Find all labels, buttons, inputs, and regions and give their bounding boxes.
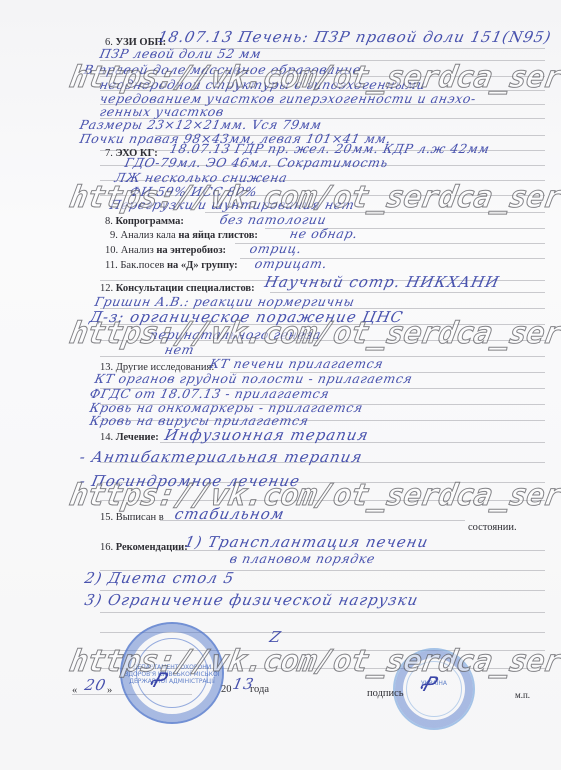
section-16-line: 1) Трансплантация печени	[183, 533, 430, 551]
section-16-line: в плановом порядке	[228, 551, 376, 566]
seal-label: м.п.	[515, 690, 530, 700]
section-12-line: Научный сотр. НИКХАНИ	[263, 273, 501, 291]
section-11-label: 11. Бак.посев на «Д» группу:	[105, 260, 238, 271]
date-year-suffix: года	[250, 684, 269, 695]
section-15-label: 15. Выписан в	[100, 512, 164, 523]
section-16-line: 3) Ограничение физической нагрузки	[83, 591, 420, 609]
section-11-value: отрицат.	[253, 256, 328, 271]
section-12-label: 12. Консультации специалистов:	[100, 283, 255, 294]
date-day-close: »	[107, 685, 112, 696]
section-6-line: Размеры 23×12×21мм. Vся 79мм	[78, 117, 323, 132]
section-13-line: КТ органов грудной полости - прилагается	[93, 371, 414, 386]
date-year-prefix: 20	[221, 684, 232, 695]
section-13-line: КТ печени прилагается	[208, 356, 384, 371]
section-8-label: 8. Копрограмма:	[105, 216, 184, 227]
date-day-open: «	[72, 685, 77, 696]
section-16-line: 2) Диета стол 5	[83, 569, 236, 587]
section-7-line: ГДО-79мл. ЭО 46мл. Сократимость	[123, 155, 389, 170]
section-7-line: 18.07.13 ГДР пр. жел. 20мм. КДР л.ж 42мм	[168, 141, 491, 156]
section-14-line: - Антибактериальная терапия	[78, 448, 364, 466]
watermark: https://vk.com/ot_serdca_serdcu	[67, 644, 561, 679]
section-16-label: 16. Рекомендации:	[100, 542, 188, 553]
section-10-label: 10. Анализ на энтеробиоз:	[105, 245, 226, 256]
section-9-value: не обнар.	[288, 226, 359, 241]
watermark: https://vk.com/ot_serdca_serdcu	[67, 478, 561, 513]
section-9-label: 9. Анализ кала на яйца глистов:	[110, 230, 258, 241]
signature-label: подпись	[367, 688, 404, 699]
section-6-line: ПЗР левой доли 52 мм	[98, 46, 262, 61]
document-page: 6. УЗИ ОБП: 18.07.13 Печень: ПЗР правой …	[0, 0, 561, 770]
watermark: https://vk.com/ot_serdca_serdcu	[67, 180, 561, 215]
watermark: https://vk.com/ot_serdca_serdcu	[67, 316, 561, 351]
rule	[100, 612, 545, 613]
section-14-label: 14. Лечение:	[100, 432, 159, 443]
section-14-line: Инфузионная терапия	[163, 426, 370, 444]
rule	[270, 292, 545, 293]
section-6-line: 18.07.13 Печень: ПЗР правой доли 151(N95…	[156, 28, 553, 46]
section-15-suffix: состоянии.	[468, 522, 517, 533]
section-13-line: ФГДС от 18.07.13 - прилагается	[88, 386, 331, 401]
section-10-value: отриц.	[248, 241, 303, 256]
watermark: https://vk.com/ot_serdca_serdcu	[67, 60, 561, 95]
section-12-line: Гришин А.В.: реакции нормергичны	[93, 294, 356, 309]
